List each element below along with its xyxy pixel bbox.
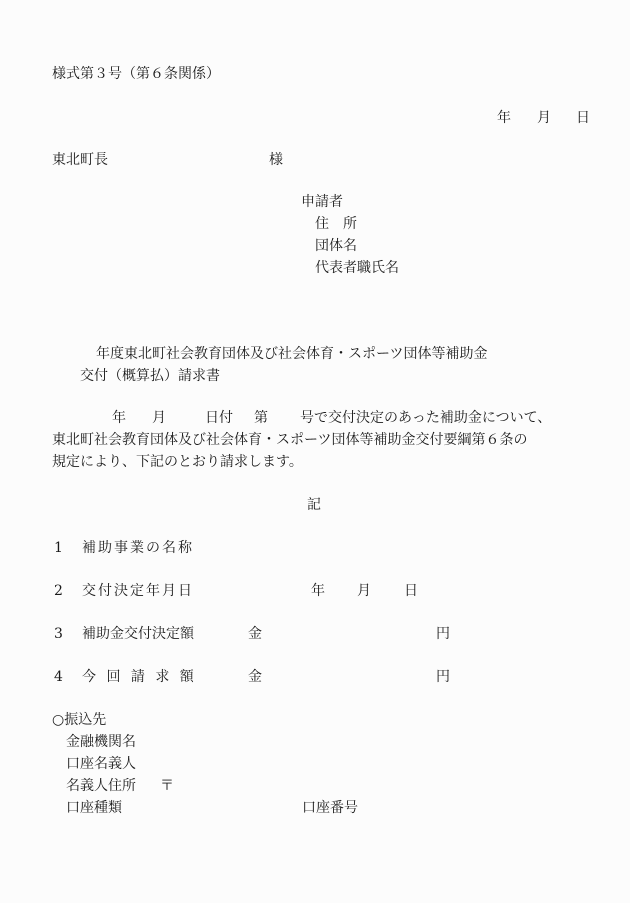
amount-suffix: 円 [436, 626, 450, 642]
body-line3: 規定により、下記のとおり請求します。 [52, 454, 303, 470]
holder-address-label: 名義人住所 [66, 778, 136, 794]
item-label: 交付決定年月日 [82, 583, 194, 599]
amount-prefix: 金 [248, 669, 262, 685]
applicant-representative-label: 代表者職氏名 [315, 260, 399, 276]
item-label: 今 回 請 求 額 [82, 669, 197, 685]
form-number: 様式第３号（第６条関係） [52, 66, 220, 82]
item-day: 日 [404, 583, 418, 599]
account-holder-label: 口座名義人 [66, 756, 136, 772]
account-type-label: 口座種類 [66, 800, 122, 816]
transfer-heading: ○振込先 [52, 712, 106, 728]
applicant-address-label: 住 所 [315, 216, 357, 232]
addressee-name: 東北町長 [52, 152, 108, 168]
account-number-label: 口座番号 [302, 800, 358, 816]
document-title-line2: 交付（概算払）請求書 [80, 368, 220, 384]
applicant-label: 申請者 [301, 194, 343, 210]
item-month: 月 [357, 583, 371, 599]
item-label: 補助金交付決定額 [82, 626, 194, 642]
bank-name-label: 金融機関名 [66, 734, 136, 750]
body-year: 年 [112, 410, 126, 426]
body-month: 月 [152, 410, 166, 426]
body-day: 日付 [205, 410, 233, 426]
body-line2: 東北町社会教育団体及び社会体育・スポーツ団体等補助金交付要綱第６条の [52, 432, 527, 448]
amount-suffix: 円 [436, 669, 450, 685]
date-month-label: 月 [537, 110, 551, 126]
item-number: 3 [54, 626, 63, 642]
document-title-line1: 年度東北町社会教育団体及び社会体育・スポーツ団体等補助金 [96, 346, 487, 362]
date-year-label: 年 [497, 110, 511, 126]
addressee-honorific: 様 [269, 152, 283, 168]
item-number: 4 [54, 669, 63, 685]
item-label: 補助事業の名称 [82, 540, 194, 556]
amount-prefix: 金 [248, 626, 262, 642]
applicant-organization-label: 団体名 [315, 238, 357, 254]
date-day-label: 日 [576, 110, 590, 126]
item-number: 1 [54, 540, 63, 556]
body-line1-rest: 号で交付決定のあった補助金について、 [300, 410, 551, 426]
item-year: 年 [311, 583, 325, 599]
item-number: 2 [54, 583, 63, 599]
ki-heading: 記 [307, 497, 321, 513]
body-number-prefix: 第 [254, 410, 268, 426]
postal-mark: 〒 [160, 778, 174, 794]
